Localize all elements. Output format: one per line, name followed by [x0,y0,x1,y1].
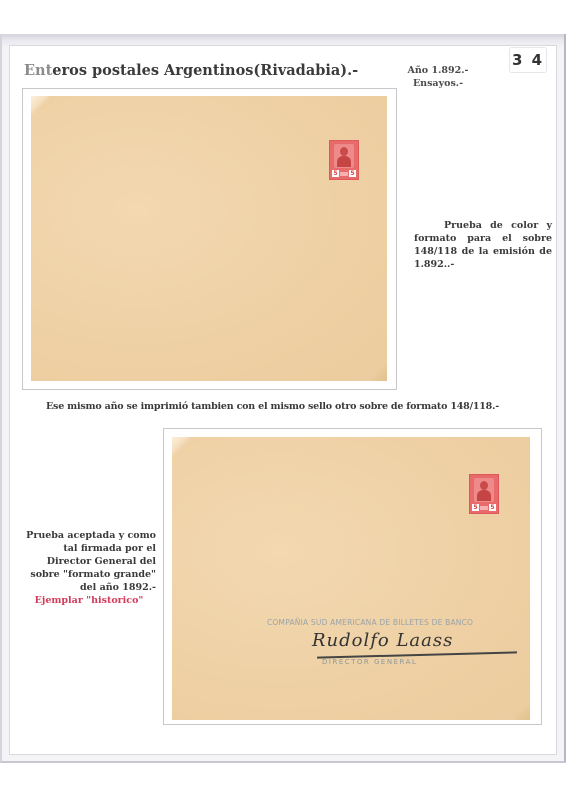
signature: Rudolfo Laass [312,630,453,651]
title-main-part: eros postales Argentinos(Rivadabia).- [52,62,358,79]
subtitle-label: Ensayos.- [398,77,478,90]
photo-corner-icon [371,365,387,381]
description-text: Prueba aceptada y como tal firmada por e… [26,530,156,593]
portrait [474,478,494,502]
stamp-value: 5 [349,170,356,177]
envelope-frame-2: 5 5 COMPAÑIA SUD AMERICANA DE BILLETES D… [163,428,542,725]
rivadavia-stamp-icon: 5 5 [469,474,499,514]
portrait [334,144,354,168]
stamp-value: 5 [472,504,479,511]
photo-corner-icon [514,704,530,720]
historic-highlight: Ejemplar "historico" [22,594,156,607]
stamp-value: 5 [489,504,496,511]
rivadavia-stamp-icon: 5 5 [329,140,359,180]
note-line: Ese mismo año se imprimió tambien con el… [46,401,499,412]
title-faded-part: Ent [24,62,52,79]
signature-title: DIRECTOR GENERAL [322,658,417,666]
page-title: Enteros postales Argentinos(Rivadabia).- [24,62,358,79]
photo-corner-icon [31,96,49,114]
year-label: Año 1.892.- [398,64,478,77]
envelope-proof-1: 5 5 [31,96,387,381]
printer-overprint: COMPAÑIA SUD AMERICANA DE BILLETES DE BA… [267,618,473,627]
photo-corner-icon [172,437,190,455]
year-block: Año 1.892.- Ensayos.- [398,64,478,90]
description-item-1: Prueba de color y formato para el sobre … [414,219,552,271]
stamp-value: 5 [332,170,339,177]
description-item-2: Prueba aceptada y como tal firmada por e… [22,529,156,607]
envelope-accepted: 5 5 COMPAÑIA SUD AMERICANA DE BILLETES D… [172,437,530,720]
page-number: 3 4 [509,47,547,73]
envelope-frame-1: 5 5 [22,88,397,390]
